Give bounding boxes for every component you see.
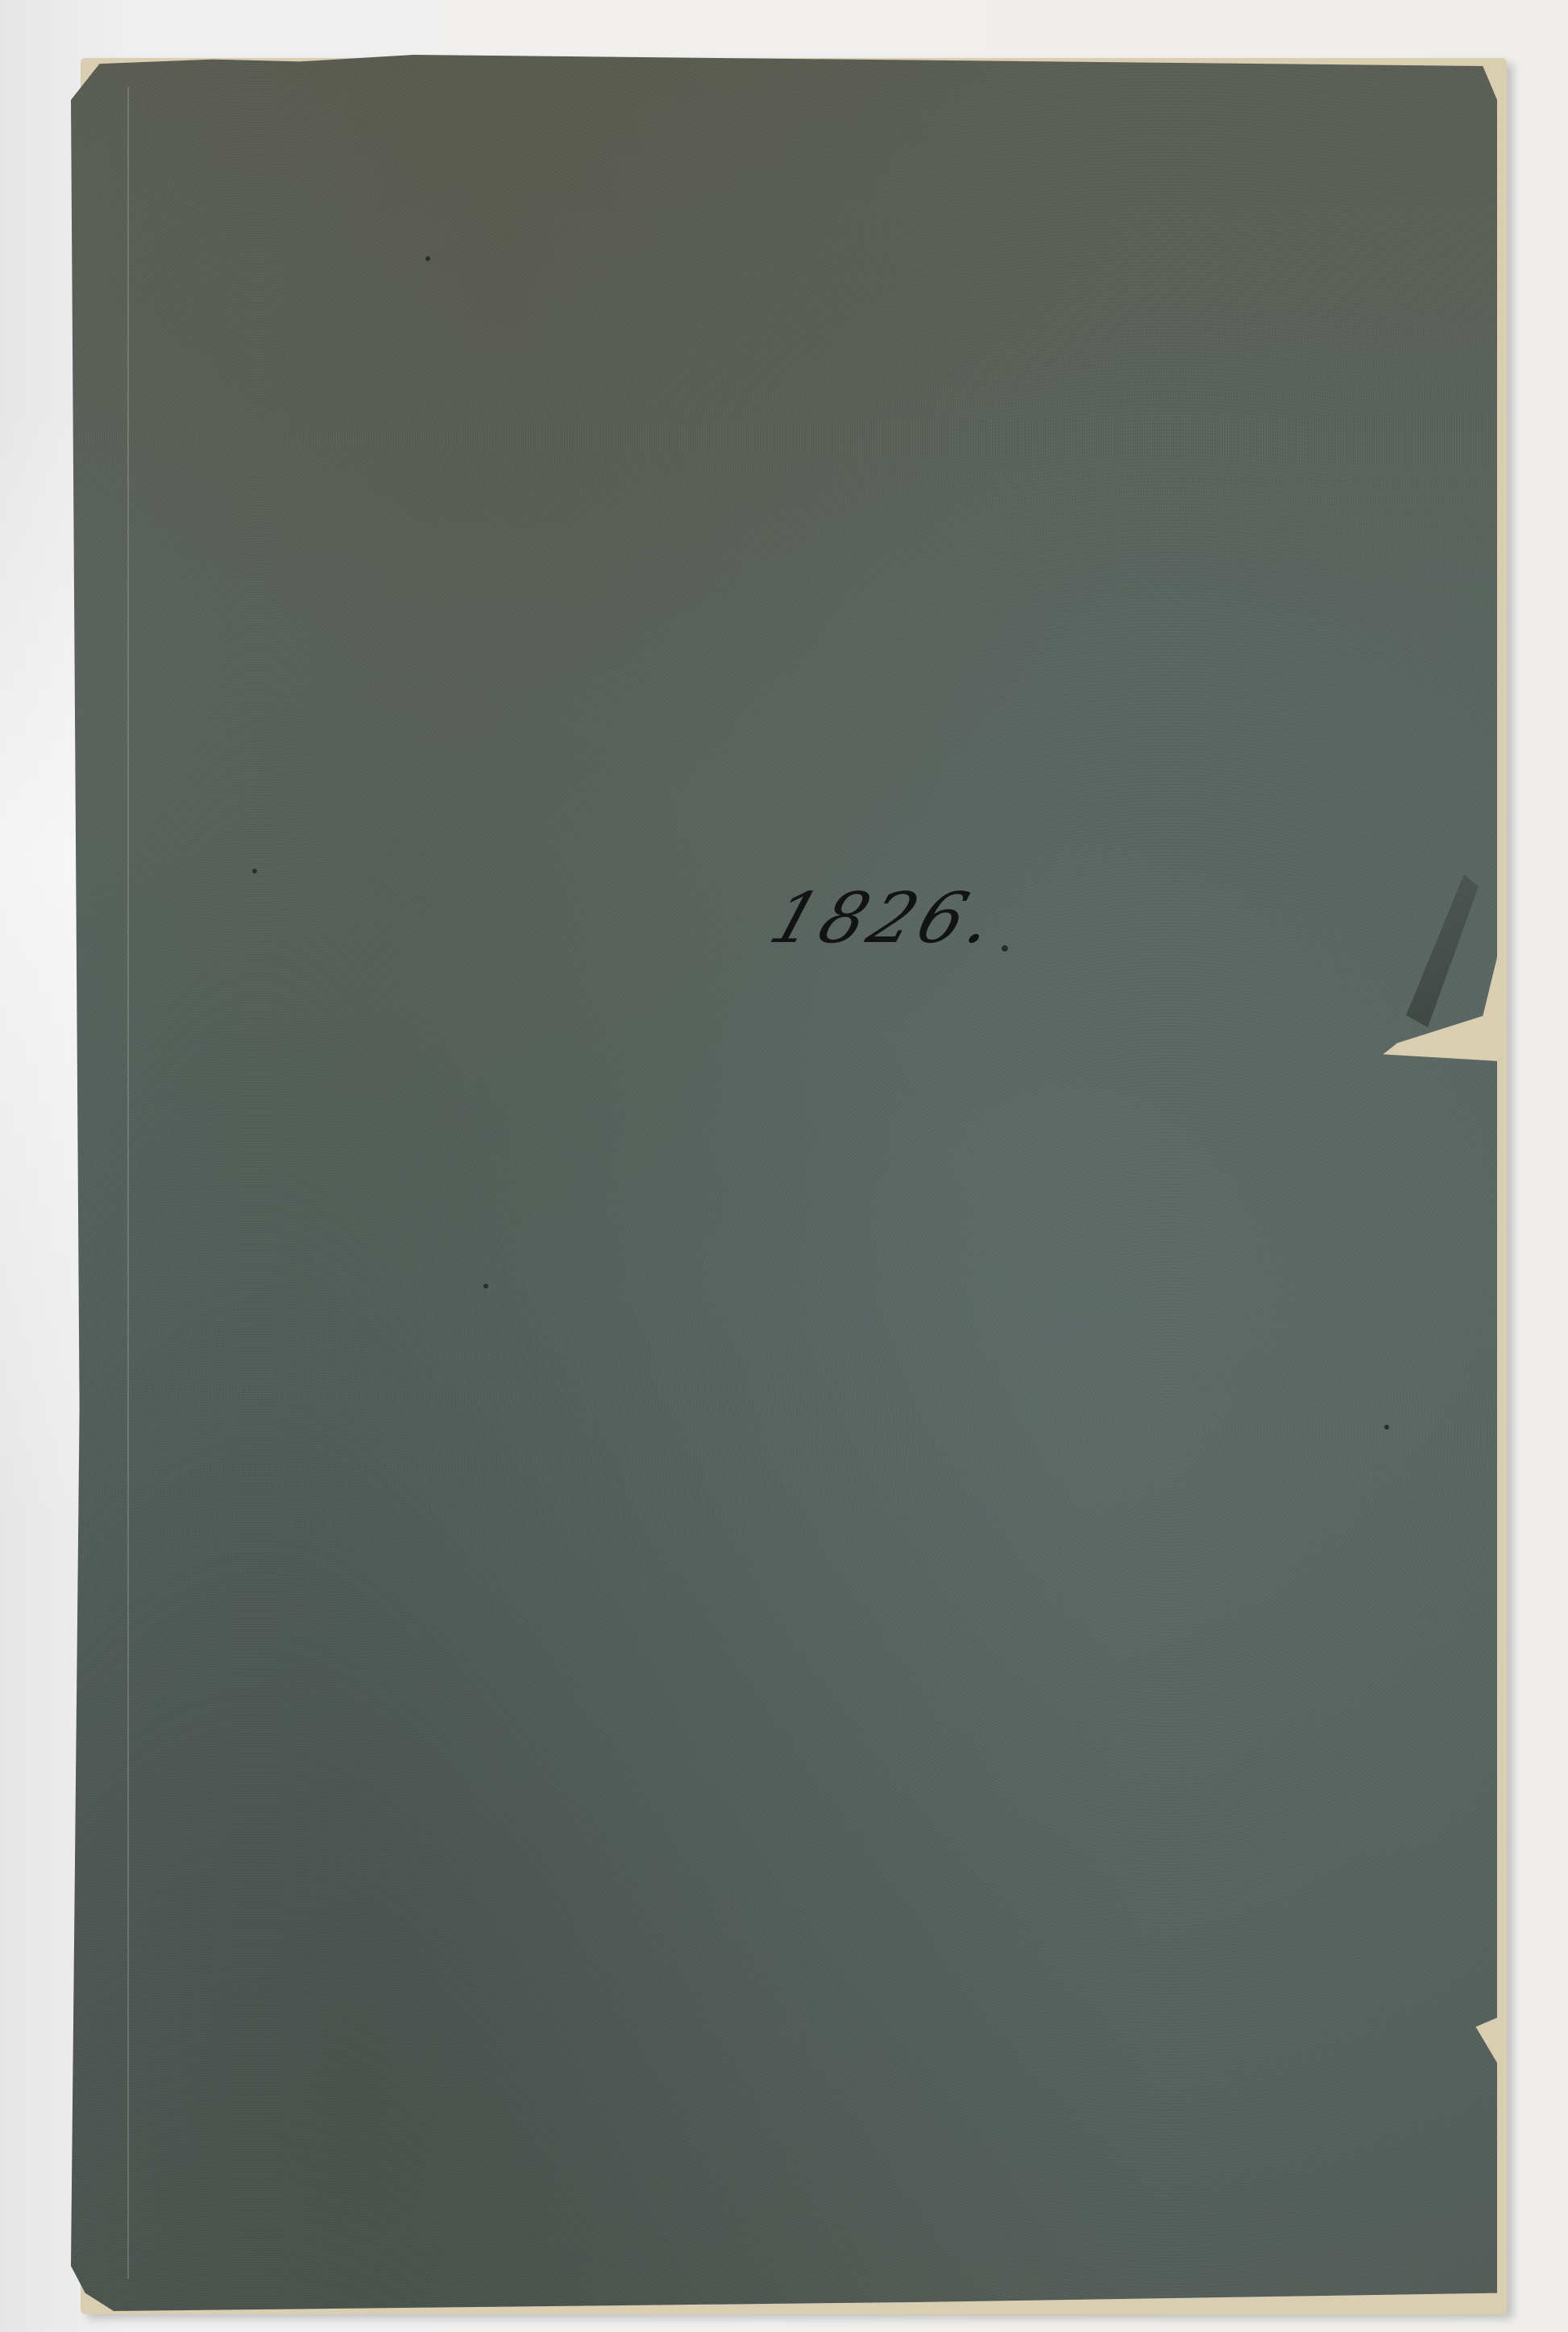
ink-speck [425,256,430,261]
ink-speck [483,1284,488,1288]
spine-crease [127,87,129,2279]
ink-speck [252,869,257,873]
ink-speck [1002,945,1008,952]
handwritten-year: 1826. [761,878,1010,959]
book-cover [71,55,1497,2311]
ink-speck [1384,1425,1389,1429]
